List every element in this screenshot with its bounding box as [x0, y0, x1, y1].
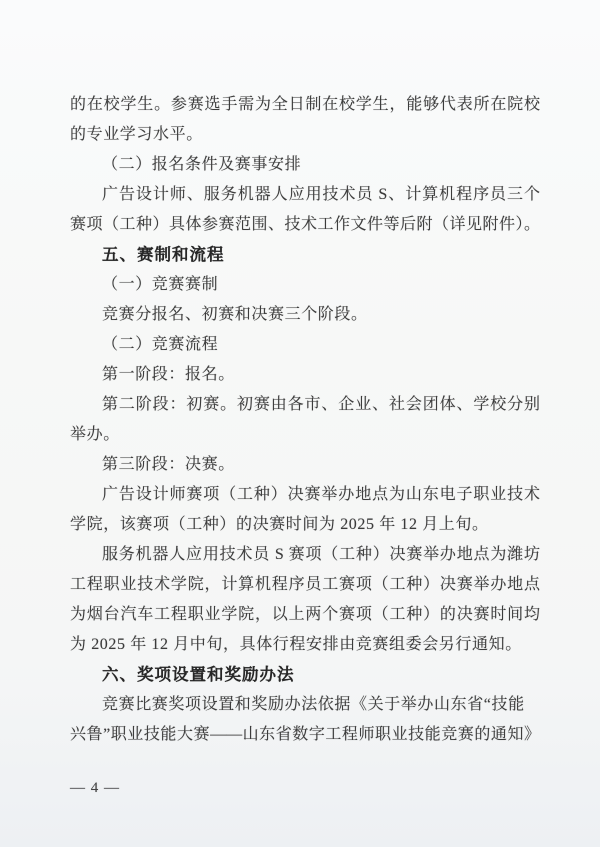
text-line: 赛项（工种）具体参赛范围、技术工作文件等后附（详见附件）。: [70, 210, 540, 240]
text-line: （一）竞赛赛制: [70, 270, 540, 300]
page-footer: — 4 —: [70, 773, 120, 803]
text-line: 学院，该赛项（工种）的决赛时间为 2025 年 12 月上旬。: [70, 510, 540, 540]
text-line: 广告设计师赛项（工种）决赛举办地点为山东电子职业技术: [70, 480, 540, 510]
section-heading: 六、奖项设置和奖励办法: [70, 660, 540, 690]
text-line: 为烟台汽车工程职业学院，以上两个赛项（工种）的决赛时间均: [70, 600, 540, 630]
document-page: 的在校学生。参赛选手需为全日制在校学生，能够代表所在院校的专业学习水平。（二）报…: [0, 0, 600, 847]
text-line: 的专业学习水平。: [70, 120, 540, 150]
text-line: 广告设计师、服务机器人应用技术员 S、计算机程序员三个: [70, 180, 540, 210]
document-body: 的在校学生。参赛选手需为全日制在校学生，能够代表所在院校的专业学习水平。（二）报…: [70, 90, 540, 750]
text-line: 竞赛比赛奖项设置和奖励办法依据《关于举办山东省“技能: [70, 690, 540, 720]
text-line: 第三阶段：决赛。: [70, 450, 540, 480]
text-line: 举办。: [70, 420, 540, 450]
page-number: — 4 —: [70, 780, 120, 796]
text-line: 为 2025 年 12 月中旬，具体行程安排由竞赛组委会另行通知。: [70, 630, 540, 660]
text-line: 第二阶段：初赛。初赛由各市、企业、社会团体、学校分别: [70, 390, 540, 420]
text-line: 第一阶段：报名。: [70, 360, 540, 390]
text-line: 的在校学生。参赛选手需为全日制在校学生，能够代表所在院校: [70, 90, 540, 120]
text-line: （二）报名条件及赛事安排: [70, 150, 540, 180]
section-heading: 五、赛制和流程: [70, 240, 540, 270]
text-line: 兴鲁”职业技能大赛——山东省数字工程师职业技能竞赛的通知》: [70, 720, 540, 750]
text-line: （二）竞赛流程: [70, 330, 540, 360]
text-line: 服务机器人应用技术员 S 赛项（工种）决赛举办地点为潍坊: [70, 540, 540, 570]
text-line: 竞赛分报名、初赛和决赛三个阶段。: [70, 300, 540, 330]
text-line: 工程职业技术学院，计算机程序员工赛项（工种）决赛举办地点: [70, 570, 540, 600]
